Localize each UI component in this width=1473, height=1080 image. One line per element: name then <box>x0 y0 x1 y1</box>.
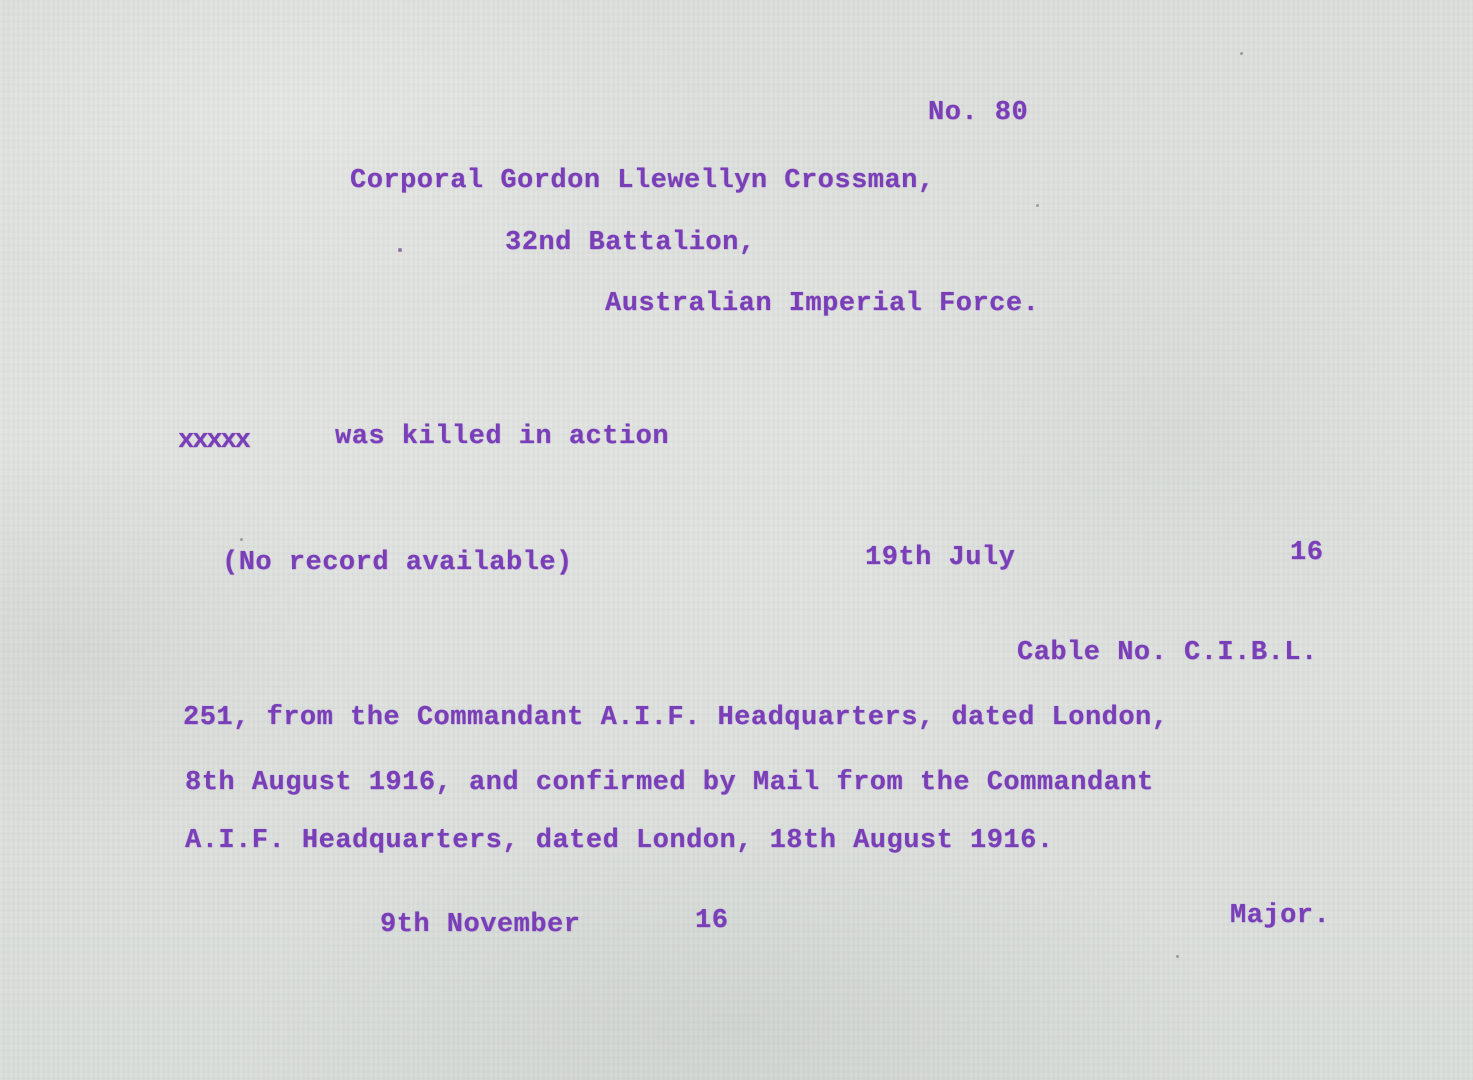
statement-text: was killed in action <box>335 424 669 451</box>
paper-speck <box>1176 955 1179 958</box>
issue-year: 16 <box>695 908 728 935</box>
date-of-death: 19th July <box>865 545 1015 572</box>
addressee-name: Corporal Gordon Llewellyn Crossman, <box>350 168 935 195</box>
addressee-unit: 32nd Battalion, <box>505 230 756 257</box>
body-line-3: A.I.F. Headquarters, dated London, 18th … <box>185 828 1054 855</box>
document-number: No. 80 <box>928 100 1028 127</box>
addressee-force: Australian Imperial Force. <box>605 291 1039 318</box>
struck-text: xxxxx <box>178 428 249 455</box>
cable-reference: Cable No. C.I.B.L. <box>1017 640 1318 667</box>
date-of-death-year: 16 <box>1290 540 1323 567</box>
body-line-2: 8th August 1916, and confirmed by Mail f… <box>185 770 1154 797</box>
issue-date: 9th November <box>380 912 580 939</box>
paper-speck <box>1036 204 1039 207</box>
paper-speck <box>240 538 243 541</box>
paper-speck <box>1240 52 1243 55</box>
signatory-rank: Major. <box>1230 903 1330 930</box>
ink-dot <box>398 248 402 252</box>
body-line-1: 251, from the Commandant A.I.F. Headquar… <box>183 705 1168 732</box>
record-note: (No record available) <box>222 550 573 577</box>
